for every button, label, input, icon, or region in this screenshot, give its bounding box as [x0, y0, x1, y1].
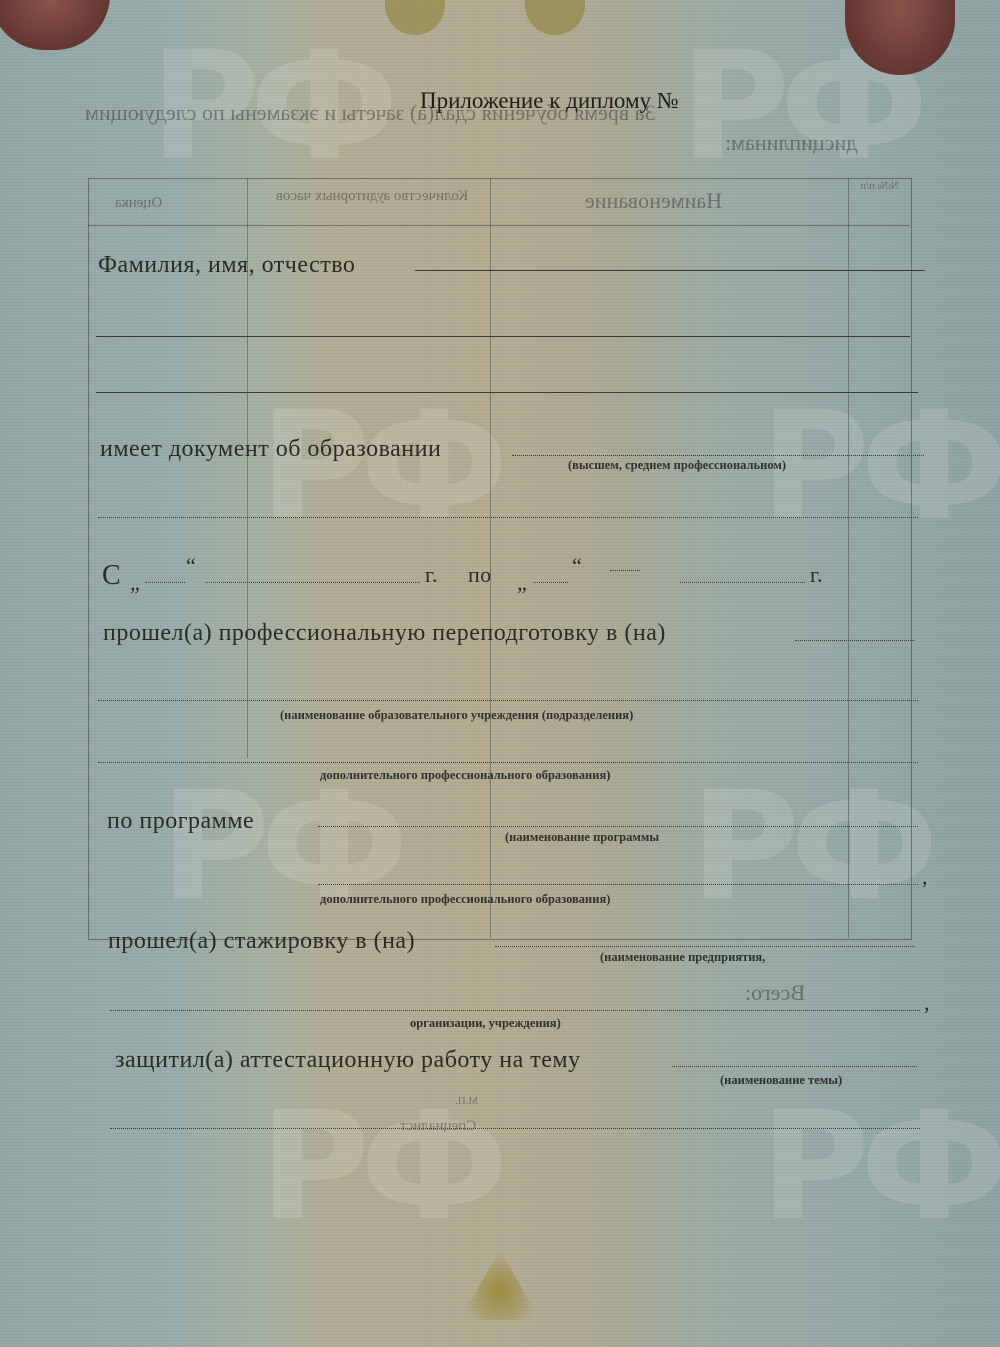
- bleed-col-number: №№ п/п: [852, 180, 907, 192]
- period-from-field[interactable]: [205, 582, 420, 583]
- retraining-field[interactable]: [795, 640, 915, 641]
- bleed-stamp: М.П.: [455, 1095, 478, 1107]
- education-document-label: имеет документ об образовании: [100, 436, 441, 463]
- full-name-field-line-3[interactable]: [96, 392, 918, 393]
- full-name-field[interactable]: [415, 270, 925, 271]
- diploma-supplement-page: РФ РФ РФ РФ РФ РФ РФ РФ За время обучени…: [0, 0, 1000, 1347]
- thesis-label: защитил(а) аттестационную работу на тему: [115, 1047, 581, 1074]
- retraining-label: прошел(а) профессиональную переподготовк…: [103, 620, 666, 647]
- internship-hint-1: (наименование предприятия,: [600, 950, 765, 965]
- ornament-crest: [460, 1250, 540, 1320]
- program-label: по программе: [107, 808, 254, 835]
- bleed-col-hours: Количество аудиторных часов: [262, 188, 482, 205]
- internship-label: прошел(а) стажировку в (на): [108, 928, 415, 955]
- program-field-line-2[interactable]: [318, 884, 918, 885]
- period-to-word: по: [468, 562, 492, 588]
- internship-field-line-2[interactable]: [110, 1010, 920, 1011]
- finger: [845, 0, 955, 75]
- retraining-hint-2: дополнительного профессионального образо…: [320, 768, 610, 783]
- period-from-prefix: С: [102, 560, 121, 592]
- finger: [0, 0, 110, 50]
- thesis-field-line-2[interactable]: [110, 1128, 920, 1129]
- bleed-col-name: Наименование: [585, 188, 722, 214]
- education-document-hint: (высшем, среднем профессиональном): [568, 458, 786, 473]
- education-document-field-line-2[interactable]: [98, 517, 918, 518]
- ornament-leaf: [385, 0, 445, 35]
- internship-hint-2: организации, учреждения): [410, 1016, 561, 1031]
- period-to-day-field[interactable]: [533, 582, 568, 583]
- bleed-total: Всего:: [745, 980, 805, 1006]
- document-title: Приложение к диплому №: [420, 88, 679, 114]
- bleed-specialist: Специалист: [400, 1118, 476, 1135]
- thesis-hint: (наименование темы): [720, 1073, 842, 1088]
- bleed-heading-2: дисциплинам:: [725, 130, 857, 156]
- retraining-field-line-2[interactable]: [98, 700, 918, 701]
- ornament-leaf: [525, 0, 585, 35]
- period-from-day-field[interactable]: [145, 582, 185, 583]
- program-hint-2: дополнительного профессионального образо…: [320, 892, 610, 907]
- period-to-field[interactable]: [680, 582, 805, 583]
- retraining-field-line-3[interactable]: [98, 762, 918, 763]
- program-field[interactable]: [318, 826, 918, 827]
- internship-field[interactable]: [495, 946, 915, 947]
- retraining-hint-1: (наименование образовательного учреждени…: [280, 708, 633, 723]
- watermark-rf: РФ: [760, 1080, 999, 1254]
- thesis-field[interactable]: [672, 1066, 917, 1067]
- full-name-field-line-2[interactable]: [96, 336, 910, 337]
- full-name-label: Фамилия, имя, отчество: [98, 252, 355, 279]
- bleed-col-grade: Оценка: [115, 195, 162, 212]
- program-hint-1: (наименование программы: [505, 830, 659, 845]
- education-document-field[interactable]: [512, 455, 924, 456]
